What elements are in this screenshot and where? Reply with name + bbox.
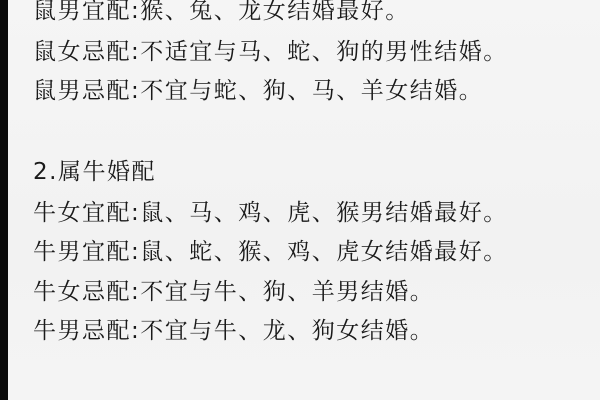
document-page: 鼠男宜配:猴、兔、龙女结婚最好。 鼠女忌配:不适宜与马、蛇、狗的男性结婚。 鼠男… [0, 0, 600, 400]
ox-male-good-match: 牛男宜配:鼠、蛇、猴、鸡、虎女结婚最好。 [33, 238, 508, 266]
rat-female-bad-match: 鼠女忌配:不适宜与马、蛇、狗的男性结婚。 [33, 38, 508, 66]
rat-male-good-match: 鼠男宜配:猴、兔、龙女结婚最好。 [33, 0, 410, 25]
left-edge-bar [0, 0, 8, 400]
rat-male-bad-match: 鼠男忌配:不宜与蛇、狗、马、羊女结婚。 [33, 77, 483, 105]
ox-female-good-match: 牛女宜配:鼠、马、鸡、虎、猴男结婚最好。 [33, 199, 508, 227]
ox-female-bad-match: 牛女忌配:不宜与牛、狗、羊男结婚。 [33, 278, 434, 306]
ox-section-heading: 2.属牛婚配 [33, 158, 156, 186]
ox-male-bad-match: 牛男忌配:不宜与牛、龙、狗女结婚。 [33, 317, 434, 345]
